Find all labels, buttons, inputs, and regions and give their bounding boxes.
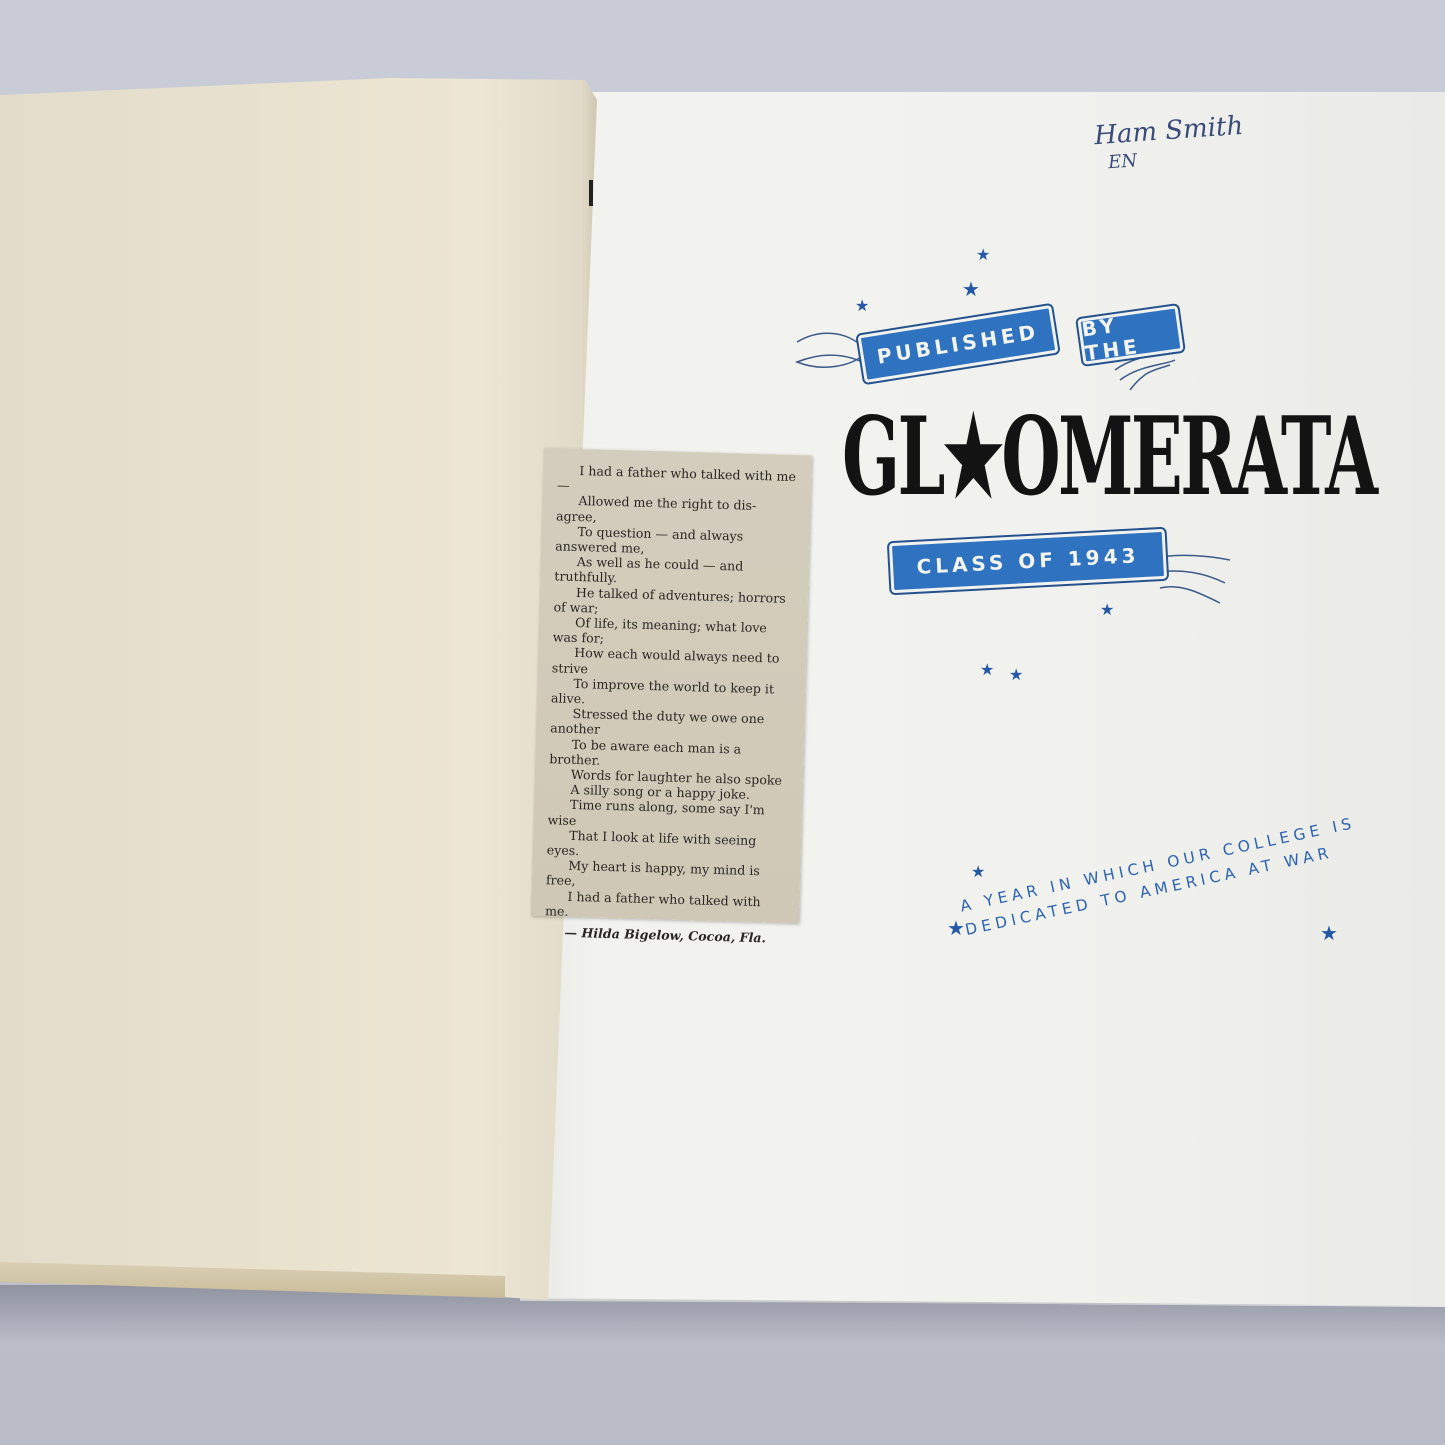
star-icon: ★ (947, 920, 965, 936)
star-icon: ★ (1320, 925, 1338, 941)
star-icon: ★ (1100, 602, 1114, 618)
star-icon: ★ (962, 281, 980, 297)
star-icon: ★ (855, 298, 869, 314)
newspaper-clipping: I had a father who talked with me—Allowe… (531, 448, 812, 923)
star-icon: ★ (976, 247, 990, 263)
inside-cover (0, 60, 600, 1300)
yearbook-title: GL★OMERATA (842, 392, 1069, 522)
star-icon: ★ (971, 864, 985, 880)
spine-mark (589, 180, 593, 206)
handwritten-signature: Ham Smith EN (1093, 111, 1245, 174)
star-icon: ★ (1009, 667, 1023, 683)
photo-scene: Ham Smith EN ★ ★ ★ PUBLISHED BY THE GL★O… (0, 0, 1445, 1445)
star-icon: ★ (980, 662, 994, 678)
